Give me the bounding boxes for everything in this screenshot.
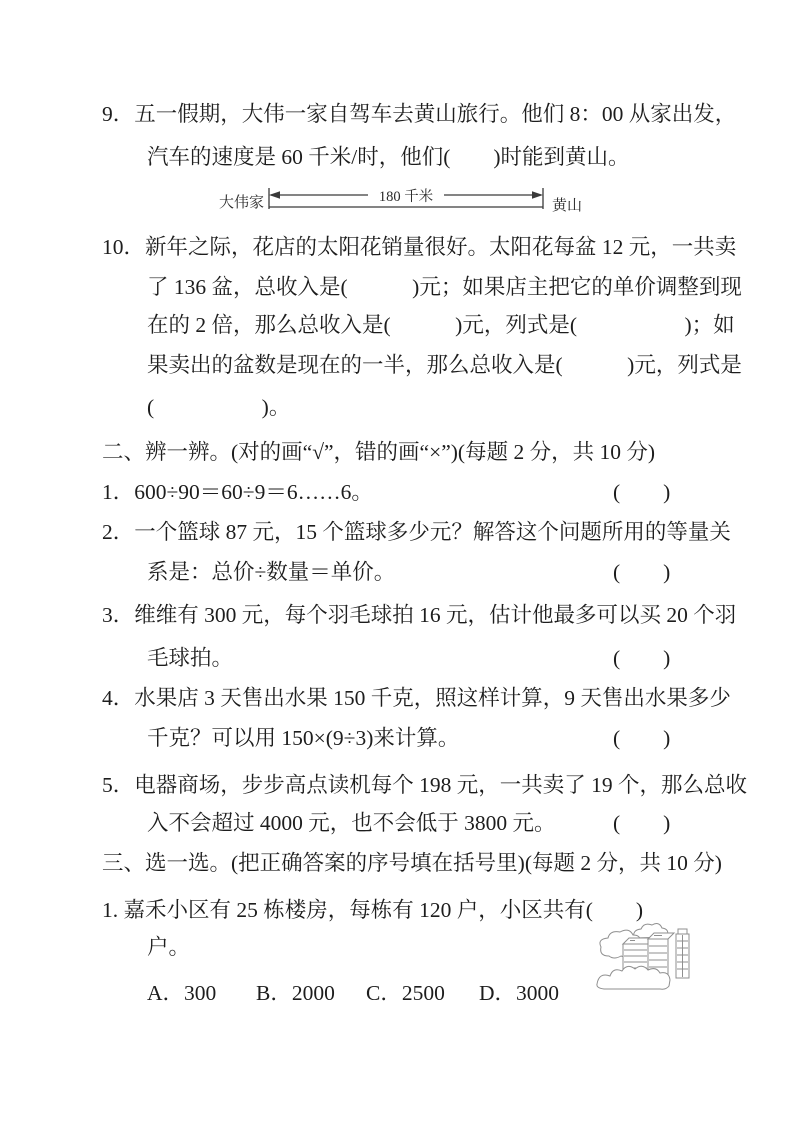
- distance-label: 180 千米: [379, 188, 434, 205]
- distance-arrow-figure: 180 千米: [266, 186, 546, 214]
- tf-item-5-line-2: 入不会超过 4000 元，也不会低于 3800 元。: [147, 809, 684, 837]
- question-10-line-3: 在的 2 倍，那么总收入是( )元，列式是( )；如: [147, 311, 684, 339]
- tf-item-5-line-1: 5．电器商场，步步高点读机每个 198 元，一共卖了 19 个，那么总收: [102, 771, 684, 799]
- diagram-left-label: 大伟家: [219, 194, 264, 212]
- tf-item-5-answer-bracket: ( ): [613, 809, 670, 837]
- tf-item-3-line-1: 3．维维有 300 元，每个羽毛球拍 16 元，估计他最多可以买 20 个羽: [102, 601, 684, 629]
- question-9-line-1: 9．五一假期，大伟一家自驾车去黄山旅行。他们 8：00 从家出发，: [102, 100, 684, 128]
- tf-item-2-answer-bracket: ( ): [613, 558, 670, 586]
- diagram-right-label: 黄山: [552, 197, 582, 215]
- tf-item-2-line-1: 2．一个篮球 87 元，15 个篮球多少元？解答这个问题所用的等量关: [102, 518, 684, 546]
- tf-item-3-line-2: 毛球拍。: [147, 644, 684, 672]
- tf-item-1-answer-bracket: ( ): [613, 478, 670, 506]
- tf-item-1-line-1: 1．600÷90＝60÷9＝6……6。: [102, 478, 684, 506]
- tf-item-4-answer-bracket: ( ): [613, 724, 670, 752]
- tf-item-4-line-2: 千克？可以用 150×(9÷3)来计算。: [147, 724, 684, 752]
- section-2-header: 二、辨一辨。(对的画“√”，错的画“×”)(每题 2 分，共 10 分): [102, 438, 684, 466]
- worksheet-page: 9．五一假期，大伟一家自驾车去黄山旅行。他们 8：00 从家出发， 汽车的速度是…: [0, 0, 793, 1122]
- question-9-line-2: 汽车的速度是 60 千米/时，他们( )时能到黄山。: [147, 143, 684, 171]
- tf-item-3-answer-bracket: ( ): [613, 644, 670, 672]
- option-c: C．2500: [366, 979, 445, 1007]
- question-10-line-1: 10．新年之际，花店的太阳花销量很好。太阳花每盆 12 元，一共卖: [102, 233, 684, 261]
- distance-diagram: 大伟家 180 千米 黄山: [219, 186, 589, 218]
- mc-question-1-options: A．300 B．2000 C．2500 D．3000: [147, 979, 607, 1007]
- option-a: A．300: [147, 979, 216, 1007]
- tf-item-4-line-1: 4．水果店 3 天售出水果 150 千克，照这样计算，9 天售出水果多少: [102, 684, 684, 712]
- question-10-line-2: 了 136 盆，总收入是( )元；如果店主把它的单价调整到现: [147, 273, 684, 301]
- option-d: D．3000: [479, 979, 559, 1007]
- option-b: B．2000: [256, 979, 335, 1007]
- section-3-header: 三、选一选。(把正确答案的序号填在括号里)(每题 2 分，共 10 分): [102, 849, 684, 877]
- question-10-line-4: 果卖出的盆数是现在的一半，那么总收入是( )元，列式是: [147, 351, 684, 379]
- tf-item-2-line-2: 系是：总价÷数量＝单价。: [147, 558, 684, 586]
- question-10-line-5: ( )。: [147, 393, 684, 421]
- buildings-illustration-icon: [594, 922, 696, 990]
- mc-question-1-line-1: 1. 嘉禾小区有 25 栋楼房，每栋有 120 户，小区共有( ): [102, 896, 684, 924]
